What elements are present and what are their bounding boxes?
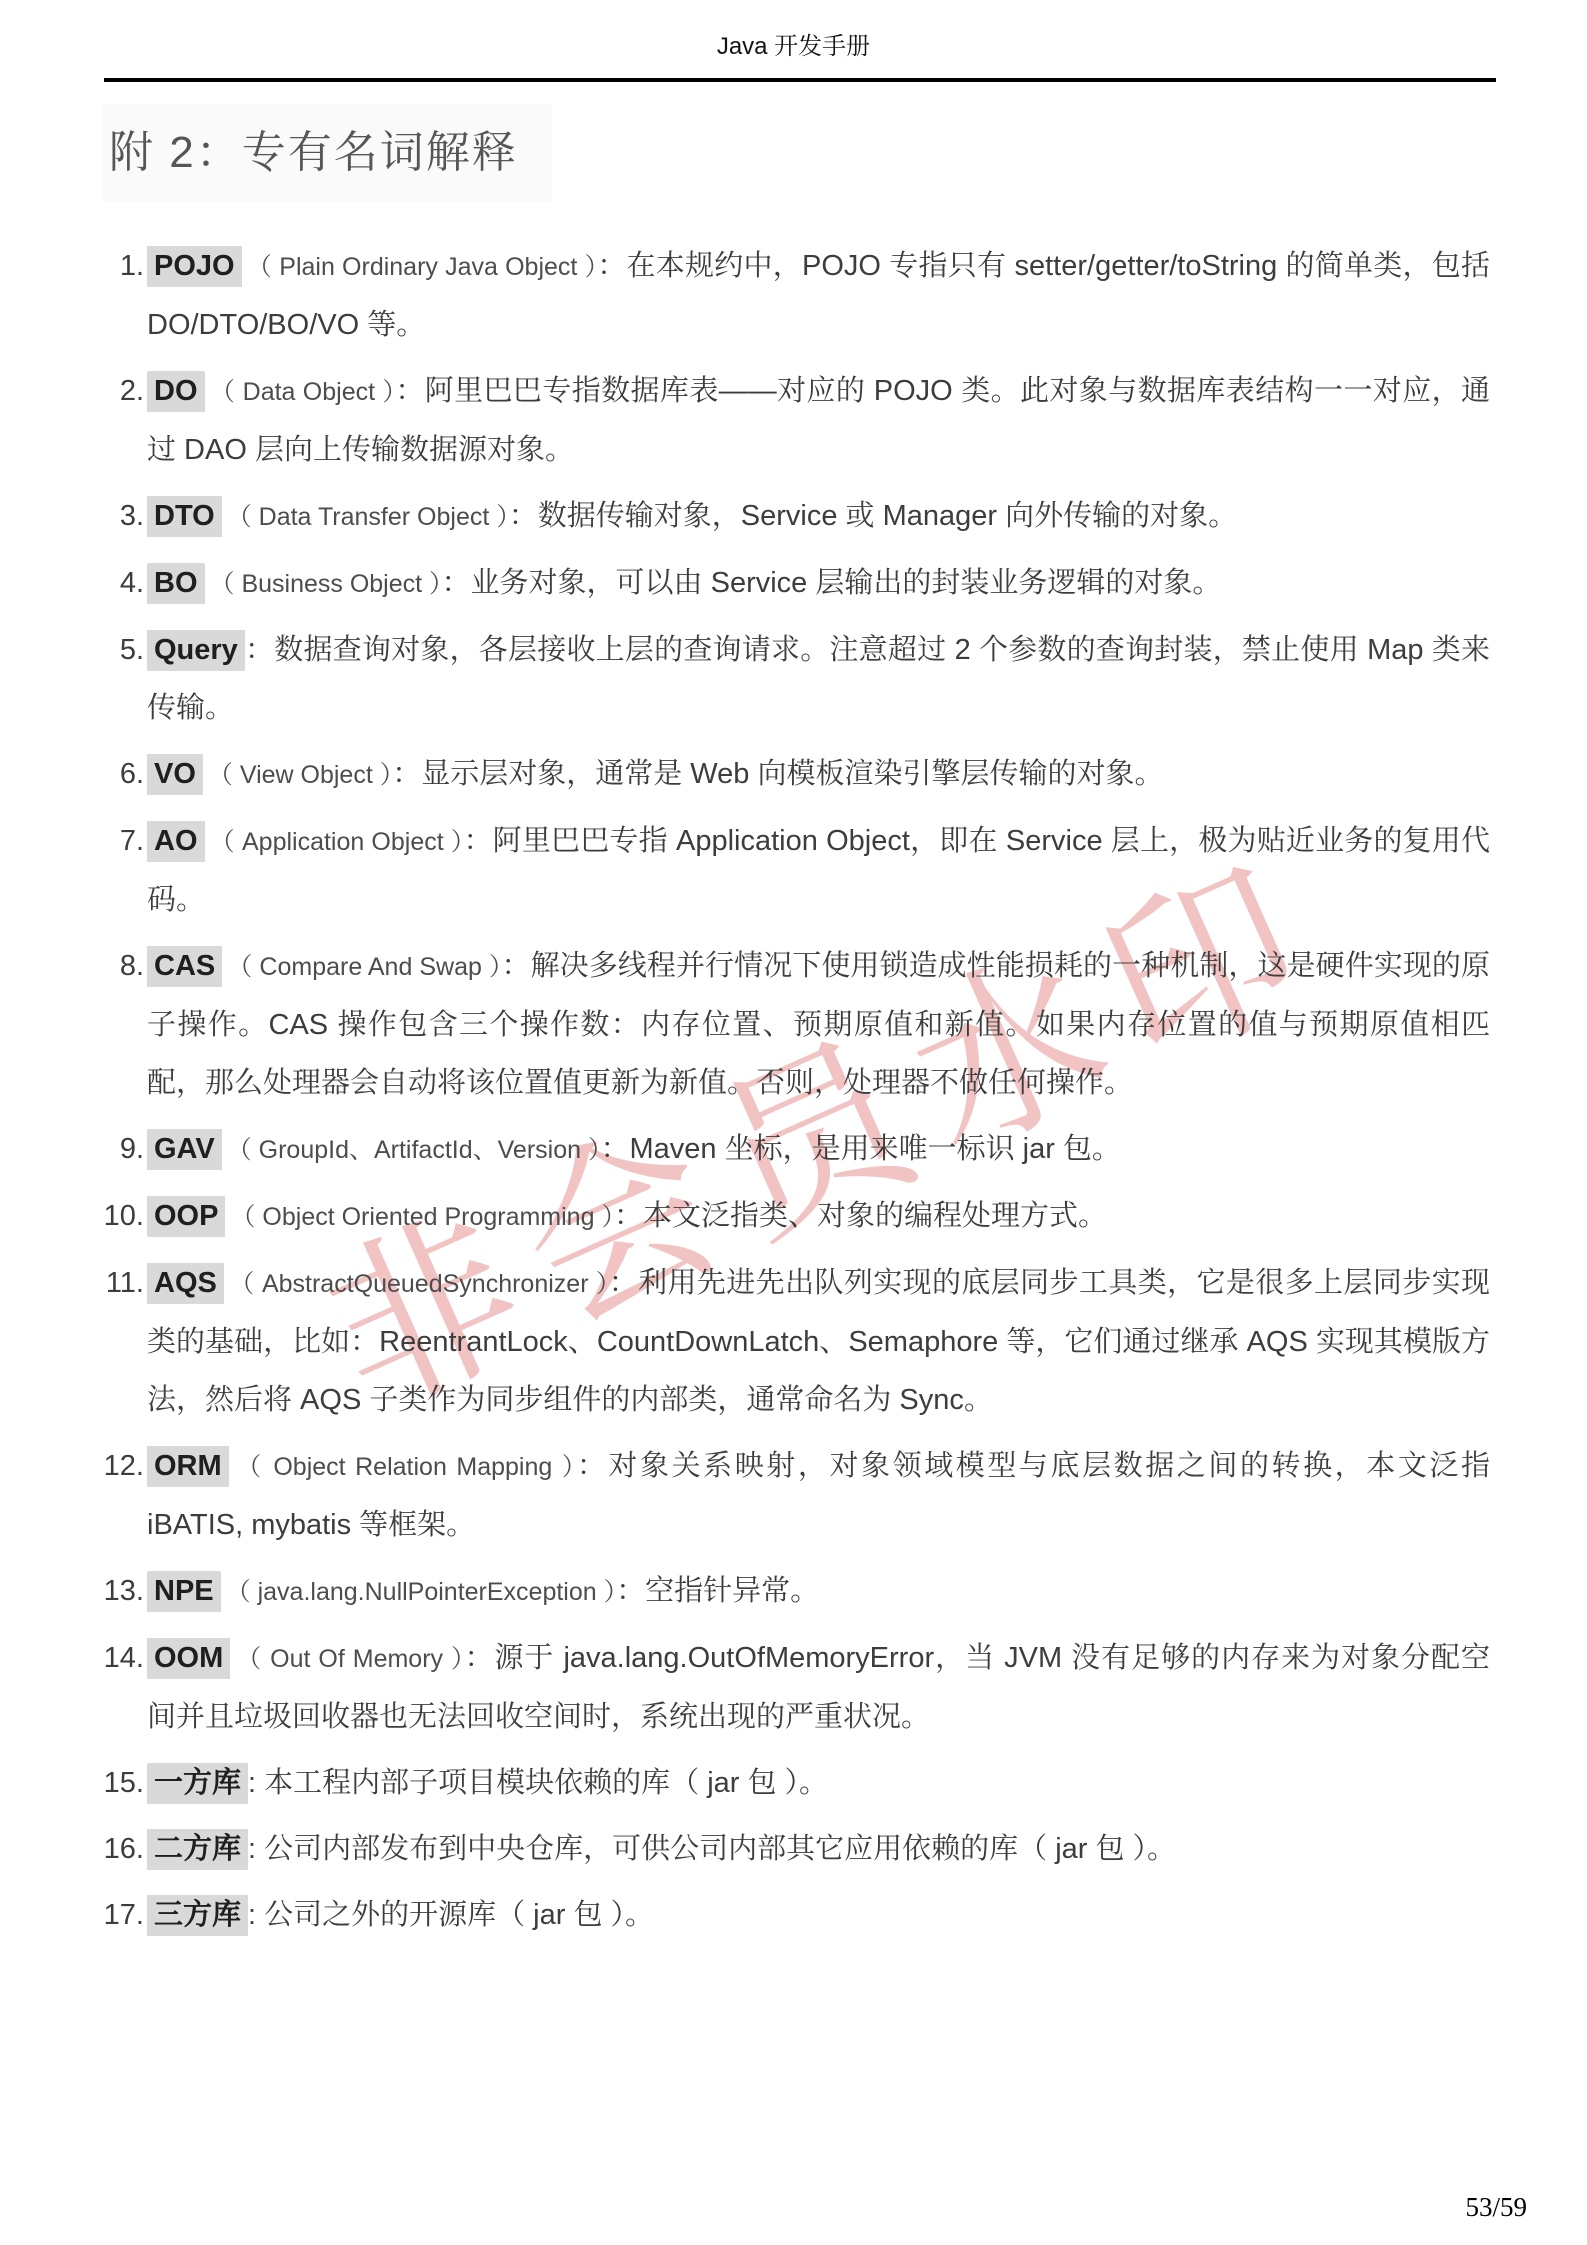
item-definition-en: （ Compare And Swap ）: [222, 953, 501, 981]
item-definition-en: （ AbstractQueuedSynchronizer ）: [224, 1270, 609, 1298]
item-term: AQS: [147, 1263, 224, 1304]
item-term: OOP: [147, 1196, 225, 1237]
glossary-item: 2.DO（ Data Object ）：阿里巴巴专指数据库表——对应的 POJO…: [100, 362, 1490, 479]
item-description: ：本文泛指类、对象的编程处理方式。: [614, 1200, 1107, 1232]
item-definition-en: （ Out Of Memory ）: [230, 1645, 464, 1673]
item-term: GAV: [147, 1129, 222, 1170]
glossary-item: 9.GAV（ GroupId、ArtifactId、Version ）：Mave…: [100, 1120, 1490, 1179]
item-description: ：显示层对象，通常是 Web 向模板渲染引擎层传输的对象。: [392, 758, 1163, 790]
item-term: ORM: [147, 1446, 229, 1487]
item-description: : 公司之外的开源库（ jar 包 ）。: [248, 1899, 654, 1931]
item-number: 3.: [100, 487, 144, 545]
item-number: 8.: [100, 937, 144, 995]
page-title: 附 2：专有名词解释: [103, 104, 552, 202]
item-description: ：数据传输对象，Service 或 Manager 向外传输的对象。: [509, 500, 1237, 532]
item-definition-en: （ View Object ）: [203, 761, 392, 789]
glossary-item: 4.BO（ Business Object ）：业务对象，可以由 Service…: [100, 554, 1490, 613]
glossary-item: 5.Query：数据查询对象，各层接收上层的查询请求。注意超过 2 个参数的查询…: [100, 621, 1490, 737]
item-term: AO: [147, 821, 205, 862]
item-number: 15.: [100, 1754, 144, 1812]
item-term: DTO: [147, 496, 222, 537]
item-term: 一方库: [147, 1763, 248, 1804]
glossary-item: 12.ORM（ Object Relation Mapping ）：对象关系映射…: [100, 1437, 1490, 1554]
glossary-item: 10.OOP（ Object Oriented Programming ）：本文…: [100, 1187, 1490, 1246]
item-number: 14.: [100, 1629, 144, 1687]
item-definition-en: （ Application Object ）: [205, 828, 464, 856]
item-definition-en: （ Data Transfer Object ）: [222, 503, 509, 531]
item-definition-en: （ Object Oriented Programming ）: [225, 1203, 613, 1231]
item-term: CAS: [147, 946, 222, 987]
item-term: BO: [147, 563, 205, 604]
item-number: 7.: [100, 812, 144, 870]
item-definition-en: （ GroupId、ArtifactId、Version ）: [222, 1136, 601, 1164]
item-number: 5.: [100, 621, 144, 679]
glossary-item: 8.CAS（ Compare And Swap ）：解决多线程并行情况下使用锁造…: [100, 937, 1490, 1112]
item-number: 4.: [100, 554, 144, 612]
item-number: 9.: [100, 1120, 144, 1178]
item-description: : 本工程内部子项目模块依赖的库（ jar 包 ）。: [248, 1767, 828, 1799]
glossary-item: 15.一方库: 本工程内部子项目模块依赖的库（ jar 包 ）。: [100, 1754, 1490, 1812]
item-term: VO: [147, 754, 203, 795]
item-term: NPE: [147, 1571, 221, 1612]
glossary-item: 3.DTO（ Data Transfer Object ）：数据传输对象，Ser…: [100, 487, 1490, 546]
glossary-item: 17.三方库: 公司之外的开源库（ jar 包 ）。: [100, 1886, 1490, 1944]
item-number: 11.: [100, 1254, 144, 1312]
item-definition-en: （ java.lang.NullPointerException ）: [221, 1578, 616, 1606]
item-term: 二方库: [147, 1829, 248, 1870]
item-term: OOM: [147, 1638, 230, 1679]
page-number: 53/59: [1465, 2192, 1527, 2223]
document-header-title: Java 开发手册: [0, 26, 1587, 61]
item-description: ：空指针异常。: [616, 1575, 819, 1607]
glossary-item: 14.OOM（ Out Of Memory ）：源于 java.lang.Out…: [100, 1629, 1490, 1746]
item-description: ：Maven 坐标，是用来唯一标识 jar 包。: [600, 1133, 1120, 1165]
item-description: ：数据查询对象，各层接收上层的查询请求。注意超过 2 个参数的查询封装，禁止使用…: [147, 634, 1490, 724]
item-term: Query: [147, 630, 245, 671]
item-term: 三方库: [147, 1895, 248, 1936]
item-number: 6.: [100, 745, 144, 803]
item-number: 10.: [100, 1187, 144, 1245]
item-definition-en: （ Object Relation Mapping ）: [229, 1453, 577, 1481]
glossary-item: 11.AQS（ AbstractQueuedSynchronizer ）：利用先…: [100, 1254, 1490, 1429]
header-rule: [104, 78, 1496, 82]
item-definition-en: （ Plain Ordinary Java Object ）: [242, 253, 598, 281]
glossary-item: 16.二方库: 公司内部发布到中央仓库，可供公司内部其它应用依赖的库（ jar …: [100, 1820, 1490, 1878]
item-definition-en: （ Data Object ）: [205, 378, 396, 406]
item-number: 13.: [100, 1562, 144, 1620]
glossary-item: 6.VO（ View Object ）：显示层对象，通常是 Web 向模板渲染引…: [100, 745, 1490, 804]
item-number: 16.: [100, 1820, 144, 1878]
item-description: ：业务对象，可以由 Service 层输出的封装业务逻辑的对象。: [442, 567, 1222, 599]
item-number: 2.: [100, 362, 144, 420]
item-number: 1.: [100, 237, 144, 295]
item-term: DO: [147, 371, 205, 412]
glossary-list: 1.POJO（ Plain Ordinary Java Object ）：在本规…: [100, 237, 1490, 1952]
item-term: POJO: [147, 246, 242, 287]
document-page: Java 开发手册 非会员水印 附 2：专有名词解释 1.POJO（ Plain…: [0, 0, 1587, 2245]
glossary-item: 1.POJO（ Plain Ordinary Java Object ）：在本规…: [100, 237, 1490, 354]
item-number: 17.: [100, 1886, 144, 1944]
item-definition-en: （ Business Object ）: [205, 570, 442, 598]
item-description: : 公司内部发布到中央仓库，可供公司内部其它应用依赖的库（ jar 包 ）。: [248, 1833, 1176, 1865]
glossary-item: 13.NPE（ java.lang.NullPointerException ）…: [100, 1562, 1490, 1621]
glossary-item: 7.AO（ Application Object ）：阿里巴巴专指 Applic…: [100, 812, 1490, 929]
item-number: 12.: [100, 1437, 144, 1495]
